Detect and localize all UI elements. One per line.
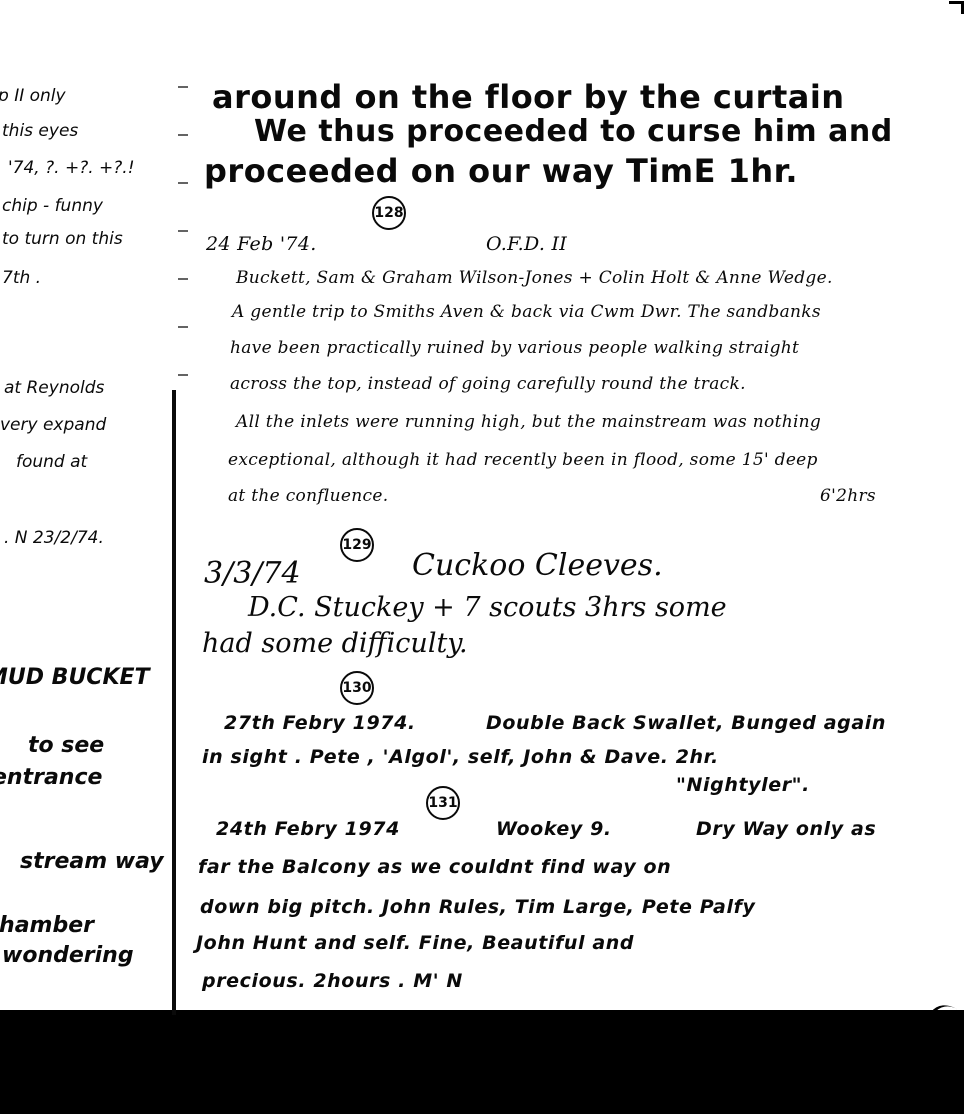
entry-text-line: far the Balcony as we couldnt find way o… [198, 856, 671, 878]
entry-text-line: "Nightyler". [676, 774, 810, 796]
entry-text-line: D.C. Stuckey + 7 scouts 3hrs some [248, 592, 727, 623]
left-line: wondering [2, 943, 134, 968]
entry-date: 24th Febry 1974 [216, 818, 400, 840]
entry-text-line: precious. 2hours . M' N [202, 970, 463, 992]
corner-mark [949, 1, 964, 14]
page-gutter [172, 390, 176, 1015]
left-line: chamber [0, 913, 94, 938]
entry-text-line: have been practically ruined by various … [230, 338, 799, 358]
left-line: . N 23/2/74. [4, 528, 104, 548]
scanner-background [0, 1010, 964, 1114]
left-line: at Reynolds [4, 378, 104, 398]
entry-number-badge: 129 [340, 528, 374, 562]
left-line: to turn on this [2, 229, 123, 249]
entry-text-line: All the inlets were running high, but th… [236, 412, 821, 432]
continuation-line: proceeded on our way TimE 1hr. [204, 152, 798, 190]
entry-number-badge: 128 [372, 196, 406, 230]
left-line: chip - funny [2, 196, 103, 216]
entry-text-line: at the confluence. [228, 486, 388, 506]
entry-duration: 6'2hrs [820, 486, 876, 506]
left-line: 7th . [2, 268, 41, 288]
right-page: around on the floor by the curtain We th… [196, 0, 964, 1015]
entry-date: 3/3/74 [204, 556, 301, 591]
entry-number-badge: 130 [340, 671, 374, 705]
left-line: stream way [20, 849, 164, 874]
entry-cave-name: Double Back Swallet, Bunged again [486, 712, 886, 734]
entry-number-badge: 131 [426, 786, 460, 820]
continuation-line: around on the floor by the curtain [212, 78, 845, 116]
entry-text-line: Buckett, Sam & Graham Wilson-Jones + Col… [236, 268, 833, 288]
entry-text-line: A gentle trip to Smiths Aven & back via … [232, 302, 821, 322]
entry-text-line: had some difficulty. [202, 628, 468, 659]
entry-text-line: across the top, instead of going careful… [230, 374, 746, 394]
entry-cave-name: Cuckoo Cleeves. [412, 548, 663, 583]
left-line: '74, ?. +?. +?.! [8, 158, 135, 178]
entry-text-line: Dry Way only as [696, 818, 876, 840]
left-line: found at [16, 452, 87, 472]
left-line: entrance [0, 765, 102, 790]
entry-date: 27th Febry 1974. [224, 712, 416, 734]
left-line: MUD BUCKET [0, 665, 150, 690]
left-page-fragment: p II only this eyes '74, ?. +?. +?.! chi… [0, 0, 178, 1015]
entry-text-line: in sight . Pete , 'Algol', self, John & … [202, 746, 719, 768]
entry-text-line: John Hunt and self. Fine, Beautiful and [196, 932, 634, 954]
left-line: very expand [0, 415, 106, 435]
entry-cave-name: Wookey 9. [496, 818, 612, 840]
binding-marks [178, 60, 188, 390]
left-line: to see [28, 733, 104, 758]
entry-text-line: exceptional, although it had recently be… [228, 450, 818, 470]
continuation-line: We thus proceeded to curse him and [254, 114, 893, 149]
left-line: p II only [0, 86, 66, 106]
entry-cave-name: O.F.D. II [486, 233, 567, 255]
entry-text-line: down big pitch. John Rules, Tim Large, P… [200, 896, 755, 918]
entry-date: 24 Feb '74. [206, 233, 317, 255]
left-line: this eyes [2, 121, 78, 141]
